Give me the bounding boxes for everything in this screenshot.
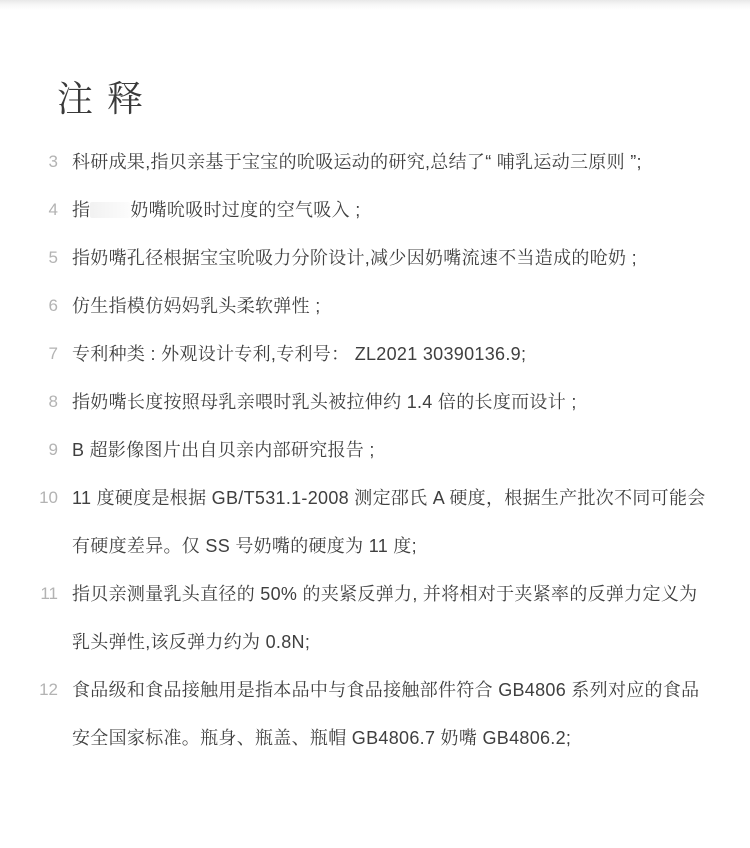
note-item-10: 10 11 度硬度是根据 GB/T531.1-2008 测定邵氏 A 硬度，根据… [0, 474, 750, 570]
footnotes-list: 3 科研成果,指贝亲基于宝宝的吮吸运动的研究,总结了“ 哺乳运动三原则 ”; 4… [0, 138, 750, 762]
note-item-11: 11 指贝亲测量乳头直径的 50% 的夹紧反弹力, 并将相对于夹紧率的反弹力定义… [0, 570, 750, 666]
note-number: 7 [0, 330, 58, 378]
note-number: 9 [0, 426, 58, 474]
note-item-8: 8 指奶嘴长度按照母乳亲喂时乳头被拉伸约 1.4 倍的长度而设计 ; [0, 378, 750, 426]
note-text-continued: 有硬度差异。仅 SS 号奶嘴的硬度为 11 度; [72, 522, 706, 570]
note-text: B 超影像图片出自贝亲内部研究报告 ; [72, 426, 375, 474]
note-item-4: 4 指奶嘴吮吸时过度的空气吸入 ; [0, 186, 750, 234]
note-text-continued: 乳头弹性,该反弹力约为 0.8N; [72, 618, 697, 666]
note-item-9: 9 B 超影像图片出自贝亲内部研究报告 ; [0, 426, 750, 474]
note-text: 指奶嘴孔径根据宝宝吮吸力分阶设计,减少因奶嘴流速不当造成的呛奶 ; [72, 234, 637, 282]
note-number: 12 [0, 666, 58, 714]
note-text: 指奶嘴长度按照母乳亲喂时乳头被拉伸约 1.4 倍的长度而设计 ; [72, 378, 577, 426]
note-item-12: 12 食品级和食品接触用是指本品中与食品接触部件符合 GB4806 系列对应的食… [0, 666, 750, 762]
note-text: 仿生指模仿妈妈乳头柔软弹性 ; [72, 282, 321, 330]
note-body: 指贝亲测量乳头直径的 50% 的夹紧反弹力, 并将相对于夹紧率的反弹力定义为 乳… [72, 570, 697, 666]
note-body: 11 度硬度是根据 GB/T531.1-2008 测定邵氏 A 硬度，根据生产批… [72, 474, 706, 570]
note-text: 科研成果,指贝亲基于宝宝的吮吸运动的研究,总结了“ 哺乳运动三原则 ”; [72, 138, 642, 186]
note-number: 8 [0, 378, 58, 426]
note-text: 指奶嘴吮吸时过度的空气吸入 ; [72, 186, 361, 234]
note-body: 指奶嘴长度按照母乳亲喂时乳头被拉伸约 1.4 倍的长度而设计 ; [72, 378, 577, 426]
note-text: 专利种类 : 外观设计专利,专利号： ZL2021 30390136.9; [72, 330, 526, 378]
note-text: 11 度硬度是根据 GB/T531.1-2008 测定邵氏 A 硬度，根据生产批… [72, 474, 706, 522]
note-text: 食品级和食品接触用是指本品中与食品接触部件符合 GB4806 系列对应的食品 [72, 666, 699, 714]
note-item-7: 7 专利种类 : 外观设计专利,专利号： ZL2021 30390136.9; [0, 330, 750, 378]
note-number: 11 [0, 570, 58, 618]
note-number: 10 [0, 474, 58, 522]
page-title: 注 释 [57, 78, 750, 120]
note-body: B 超影像图片出自贝亲内部研究报告 ; [72, 426, 375, 474]
note-body: 专利种类 : 外观设计专利,专利号： ZL2021 30390136.9; [72, 330, 526, 378]
note-body: 指奶嘴孔径根据宝宝吮吸力分阶设计,减少因奶嘴流速不当造成的呛奶 ; [72, 234, 637, 282]
note-number: 4 [0, 186, 58, 234]
note-number: 5 [0, 234, 58, 282]
note-text-suffix: 奶嘴吮吸时过度的空气吸入 ; [130, 200, 360, 220]
note-body: 指奶嘴吮吸时过度的空气吸入 ; [72, 186, 361, 234]
note-text: 指贝亲测量乳头直径的 50% 的夹紧反弹力, 并将相对于夹紧率的反弹力定义为 [72, 570, 697, 618]
note-body: 食品级和食品接触用是指本品中与食品接触部件符合 GB4806 系列对应的食品 安… [72, 666, 699, 762]
note-item-5: 5 指奶嘴孔径根据宝宝吮吸力分阶设计,减少因奶嘴流速不当造成的呛奶 ; [0, 234, 750, 282]
note-number: 6 [0, 282, 58, 330]
note-body: 科研成果,指贝亲基于宝宝的吮吸运动的研究,总结了“ 哺乳运动三原则 ”; [72, 138, 642, 186]
redacted-brand-area [90, 202, 130, 218]
note-item-3: 3 科研成果,指贝亲基于宝宝的吮吸运动的研究,总结了“ 哺乳运动三原则 ”; [0, 138, 750, 186]
note-text-continued: 安全国家标准。瓶身、瓶盖、瓶帽 GB4806.7 奶嘴 GB4806.2; [72, 714, 699, 762]
top-section-divider [0, 0, 750, 10]
note-body: 仿生指模仿妈妈乳头柔软弹性 ; [72, 282, 321, 330]
note-text-prefix: 指 [72, 200, 90, 220]
note-number: 3 [0, 138, 58, 186]
note-item-6: 6 仿生指模仿妈妈乳头柔软弹性 ; [0, 282, 750, 330]
